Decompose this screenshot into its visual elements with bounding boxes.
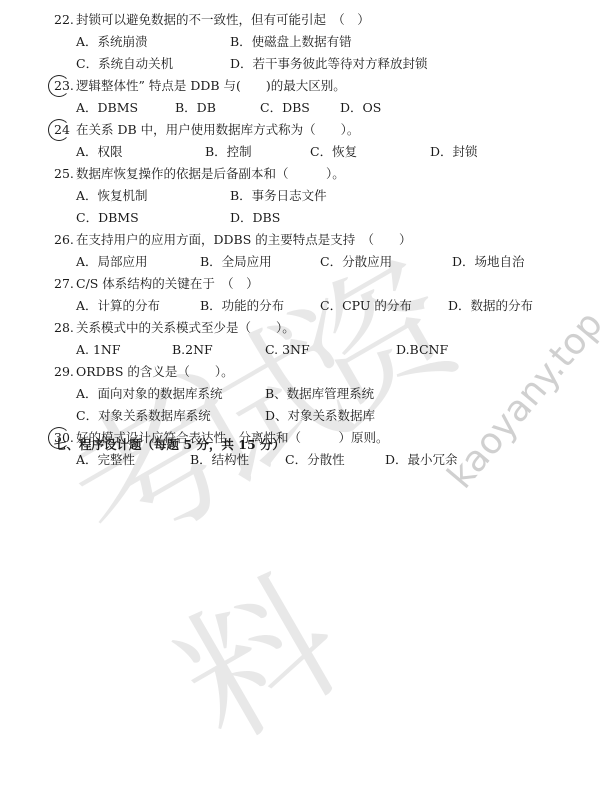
- option-d: D．DBS: [230, 210, 280, 226]
- option-b: B．控制: [205, 144, 252, 160]
- question-number: 27.: [54, 276, 74, 292]
- option-c: C．恢复: [310, 144, 357, 160]
- option-a: A. 1NF: [76, 342, 121, 358]
- question-number: 22.: [54, 12, 74, 28]
- question-number: 26.: [54, 232, 74, 248]
- question-text: 数据库恢复操作的依据是后备副本和（ ）。: [76, 166, 345, 182]
- question-number: 23.: [54, 78, 74, 94]
- section-7-heading: 七、程序设计题（每题 5 分，共 15 分）: [54, 437, 285, 453]
- option-d: D、对象关系数据库: [265, 408, 375, 424]
- option-a: A．系统崩溃: [76, 34, 148, 50]
- option-b: B．事务日志文件: [230, 188, 327, 204]
- option-a: A．计算的分布: [76, 298, 160, 314]
- option-c: C．DBMS: [76, 210, 139, 226]
- option-b: B、数据库管理系统: [265, 386, 374, 402]
- question-text: 逻辑整体性” 特点是 DDB 与( )的最大区别。: [76, 78, 346, 94]
- question-number: 25.: [54, 166, 74, 182]
- option-a: A．局部应用: [76, 254, 148, 270]
- option-b: B．功能的分布: [200, 298, 284, 314]
- question-text: ORDBS 的含义是（ ）。: [76, 364, 234, 380]
- option-c: C．分散应用: [320, 254, 392, 270]
- option-a: A．面向对象的数据库系统: [76, 386, 223, 402]
- question-text: 封锁可以避免数据的不一致性，但有可能引起 （ ）: [76, 12, 370, 28]
- question-number: 28.: [54, 320, 74, 336]
- option-d: D．封锁: [430, 144, 478, 160]
- option-c: C．CPU 的分布: [320, 298, 412, 314]
- option-a: A．权限: [76, 144, 123, 160]
- option-d: D.BCNF: [396, 342, 448, 358]
- option-a: A．DBMS: [76, 100, 138, 116]
- option-b: B．DB: [175, 100, 216, 116]
- option-b: B.2NF: [172, 342, 213, 358]
- option-b: B．结构性: [190, 452, 249, 468]
- option-c: C．系统自动关机: [76, 56, 173, 72]
- option-c: C. 3NF: [265, 342, 310, 358]
- option-a: A．完整性: [76, 452, 135, 468]
- question-text: 在支持用户的应用方面，DDBS 的主要特点是支持 （ ）: [76, 232, 412, 248]
- option-a: A．恢复机制: [76, 188, 148, 204]
- option-d: D．若干事务彼此等待对方释放封锁: [230, 56, 428, 72]
- question-text: 在关系 DB 中，用户使用数据库方式称为（ ）。: [76, 122, 359, 138]
- option-d: D．OS: [340, 100, 381, 116]
- option-b: B．使磁盘上数据有错: [230, 34, 352, 50]
- option-c: C．对象关系数据库系统: [76, 408, 211, 424]
- question-number: 24: [54, 122, 70, 138]
- question-text: C/S 体系结构的关键在于 （ ）: [76, 276, 259, 292]
- question-number: 29.: [54, 364, 74, 380]
- option-d: D．最小冗余: [385, 452, 458, 468]
- option-b: B．全局应用: [200, 254, 272, 270]
- option-c: C．DBS: [260, 100, 310, 116]
- option-d: D．场地自治: [452, 254, 525, 270]
- option-c: C．分散性: [285, 452, 345, 468]
- question-text: 关系模式中的关系模式至少是（ ）。: [76, 320, 295, 336]
- exam-page: 考试资料 kaoyany.top 22. 封锁可以避免数据的不一致性，但有可能引…: [0, 0, 608, 812]
- option-d: D．数据的分布: [448, 298, 533, 314]
